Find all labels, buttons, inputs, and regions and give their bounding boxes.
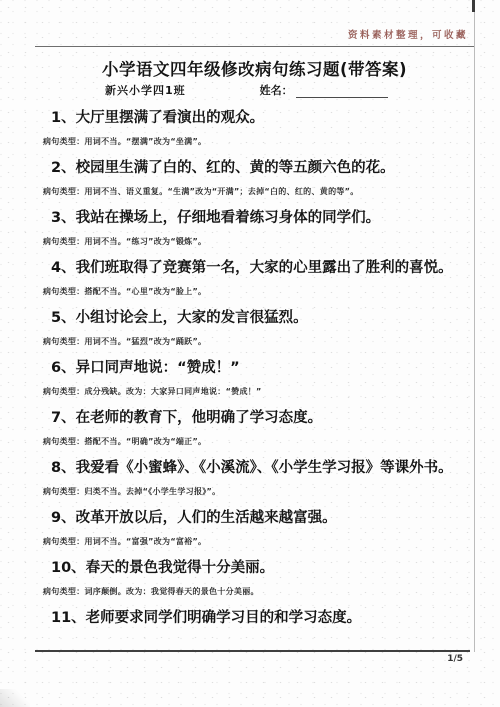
question-item-1: 1、大厅里摆满了看演出的观众。 病句类型：用词不当。“摆满”改为“坐满”。 — [35, 109, 474, 147]
page-right-edge-line — [474, 0, 475, 652]
question-text: 9、改革开放以后，人们的生活越来越富强。 — [35, 509, 474, 528]
question-item-9: 9、改革开放以后，人们的生活越来越富强。 病句类型：用词不当。“富强”改为“富裕… — [35, 509, 474, 547]
document-body: 小学语文四年级修改病句练习题(带答案) 新兴小学四1班 姓名： 1、大厅里摆满了… — [35, 54, 474, 628]
answer-note: 病句类型：用词不当。“摆满”改为“坐满”。 — [43, 137, 474, 147]
question-item-6: 6、异口同声地说：“赞成！” 病句类型：成分残缺。改为：大家异口同声地说：“赞成… — [35, 359, 474, 397]
question-item-4: 4、我们班取得了竞赛第一名，大家的心里露出了胜利的喜悦。 病句类型：搭配不当。“… — [35, 259, 474, 297]
class-name: 新兴小学四1班 — [105, 82, 186, 98]
answer-note: 病句类型：搭配不当。“明确”改为“端正”。 — [43, 437, 474, 447]
question-text: 3、我站在操场上，仔细地看着练习身体的同学们。 — [35, 209, 474, 228]
name-blank-line — [296, 85, 388, 98]
page-corner-mark — [472, 0, 475, 12]
question-text: 4、我们班取得了竞赛第一名，大家的心里露出了胜利的喜悦。 — [35, 259, 474, 278]
question-text: 1、大厅里摆满了看演出的观众。 — [35, 109, 474, 128]
name-field: 姓名： — [260, 82, 388, 98]
answer-note: 病句类型：用词不当。“富强”改为“富裕”。 — [43, 537, 474, 547]
question-text: 7、在老师的教育下，他明确了学习态度。 — [35, 409, 474, 428]
question-text: 5、小组讨论会上，大家的发言很猛烈。 — [35, 309, 474, 328]
question-text: 6、异口同声地说：“赞成！” — [35, 359, 474, 378]
question-item-3: 3、我站在操场上，仔细地看着练习身体的同学们。 病句类型：用词不当。“练习”改为… — [35, 209, 474, 247]
page-title: 小学语文四年级修改病句练习题(带答案) — [35, 56, 474, 80]
answer-note: 病句类型：用词不当。“练习”改为“锻炼”。 — [43, 237, 474, 247]
question-item-10: 10、春天的景色我觉得十分美丽。 病句类型：词序颠倒。改为：我觉得春天的景色十分… — [35, 559, 474, 597]
question-item-5: 5、小组讨论会上，大家的发言很猛烈。 病句类型：用词不当。“猛烈”改为“踊跃”。 — [35, 309, 474, 347]
question-text: 10、春天的景色我觉得十分美丽。 — [35, 559, 474, 578]
header-divider — [35, 46, 474, 47]
question-item-8: 8、我爱看《小蜜蜂》、《小溪流》、《小学生学习报》等课外书。 病句类型：归类不当… — [35, 459, 474, 497]
subtitle-row: 新兴小学四1班 姓名： — [35, 82, 474, 98]
answer-note: 病句类型：用词不当。“猛烈”改为“踊跃”。 — [43, 337, 474, 347]
answer-note: 病句类型：归类不当。去掉“《小学生学习报》”。 — [43, 487, 474, 497]
name-label: 姓名： — [260, 82, 293, 98]
answer-note: 病句类型：词序颠倒。改为：我觉得春天的景色十分美丽。 — [43, 587, 474, 597]
watermark-text: 资料素材整理，可收藏 — [348, 27, 468, 41]
page-corner-shadow — [0, 689, 30, 707]
question-item-11: 11、老师要求同学们明确学习目的和学习态度。 — [35, 609, 474, 628]
question-text: 11、老师要求同学们明确学习目的和学习态度。 — [35, 609, 474, 628]
footer-divider — [35, 650, 470, 652]
question-item-7: 7、在老师的教育下，他明确了学习态度。 病句类型：搭配不当。“明确”改为“端正”… — [35, 409, 474, 447]
document-page: 资料素材整理，可收藏 小学语文四年级修改病句练习题(带答案) 新兴小学四1班 姓… — [0, 0, 500, 707]
answer-note: 病句类型：搭配不当。“心里”改为“脸上”。 — [43, 287, 474, 297]
question-item-2: 2、校园里生满了白的、红的、黄的等五颜六色的花。 病句类型：用词不当、语义重复。… — [35, 159, 474, 197]
answer-note: 病句类型：成分残缺。改为：大家异口同声地说：“赞成！” — [43, 387, 474, 397]
answer-note: 病句类型：用词不当、语义重复。“生满”改为“开满”；去掉“白的、红的、黄的等”。 — [43, 187, 474, 197]
question-text: 8、我爱看《小蜜蜂》、《小溪流》、《小学生学习报》等课外书。 — [35, 459, 474, 478]
page-number: 1/5 — [447, 654, 463, 664]
question-text: 2、校园里生满了白的、红的、黄的等五颜六色的花。 — [35, 159, 474, 178]
